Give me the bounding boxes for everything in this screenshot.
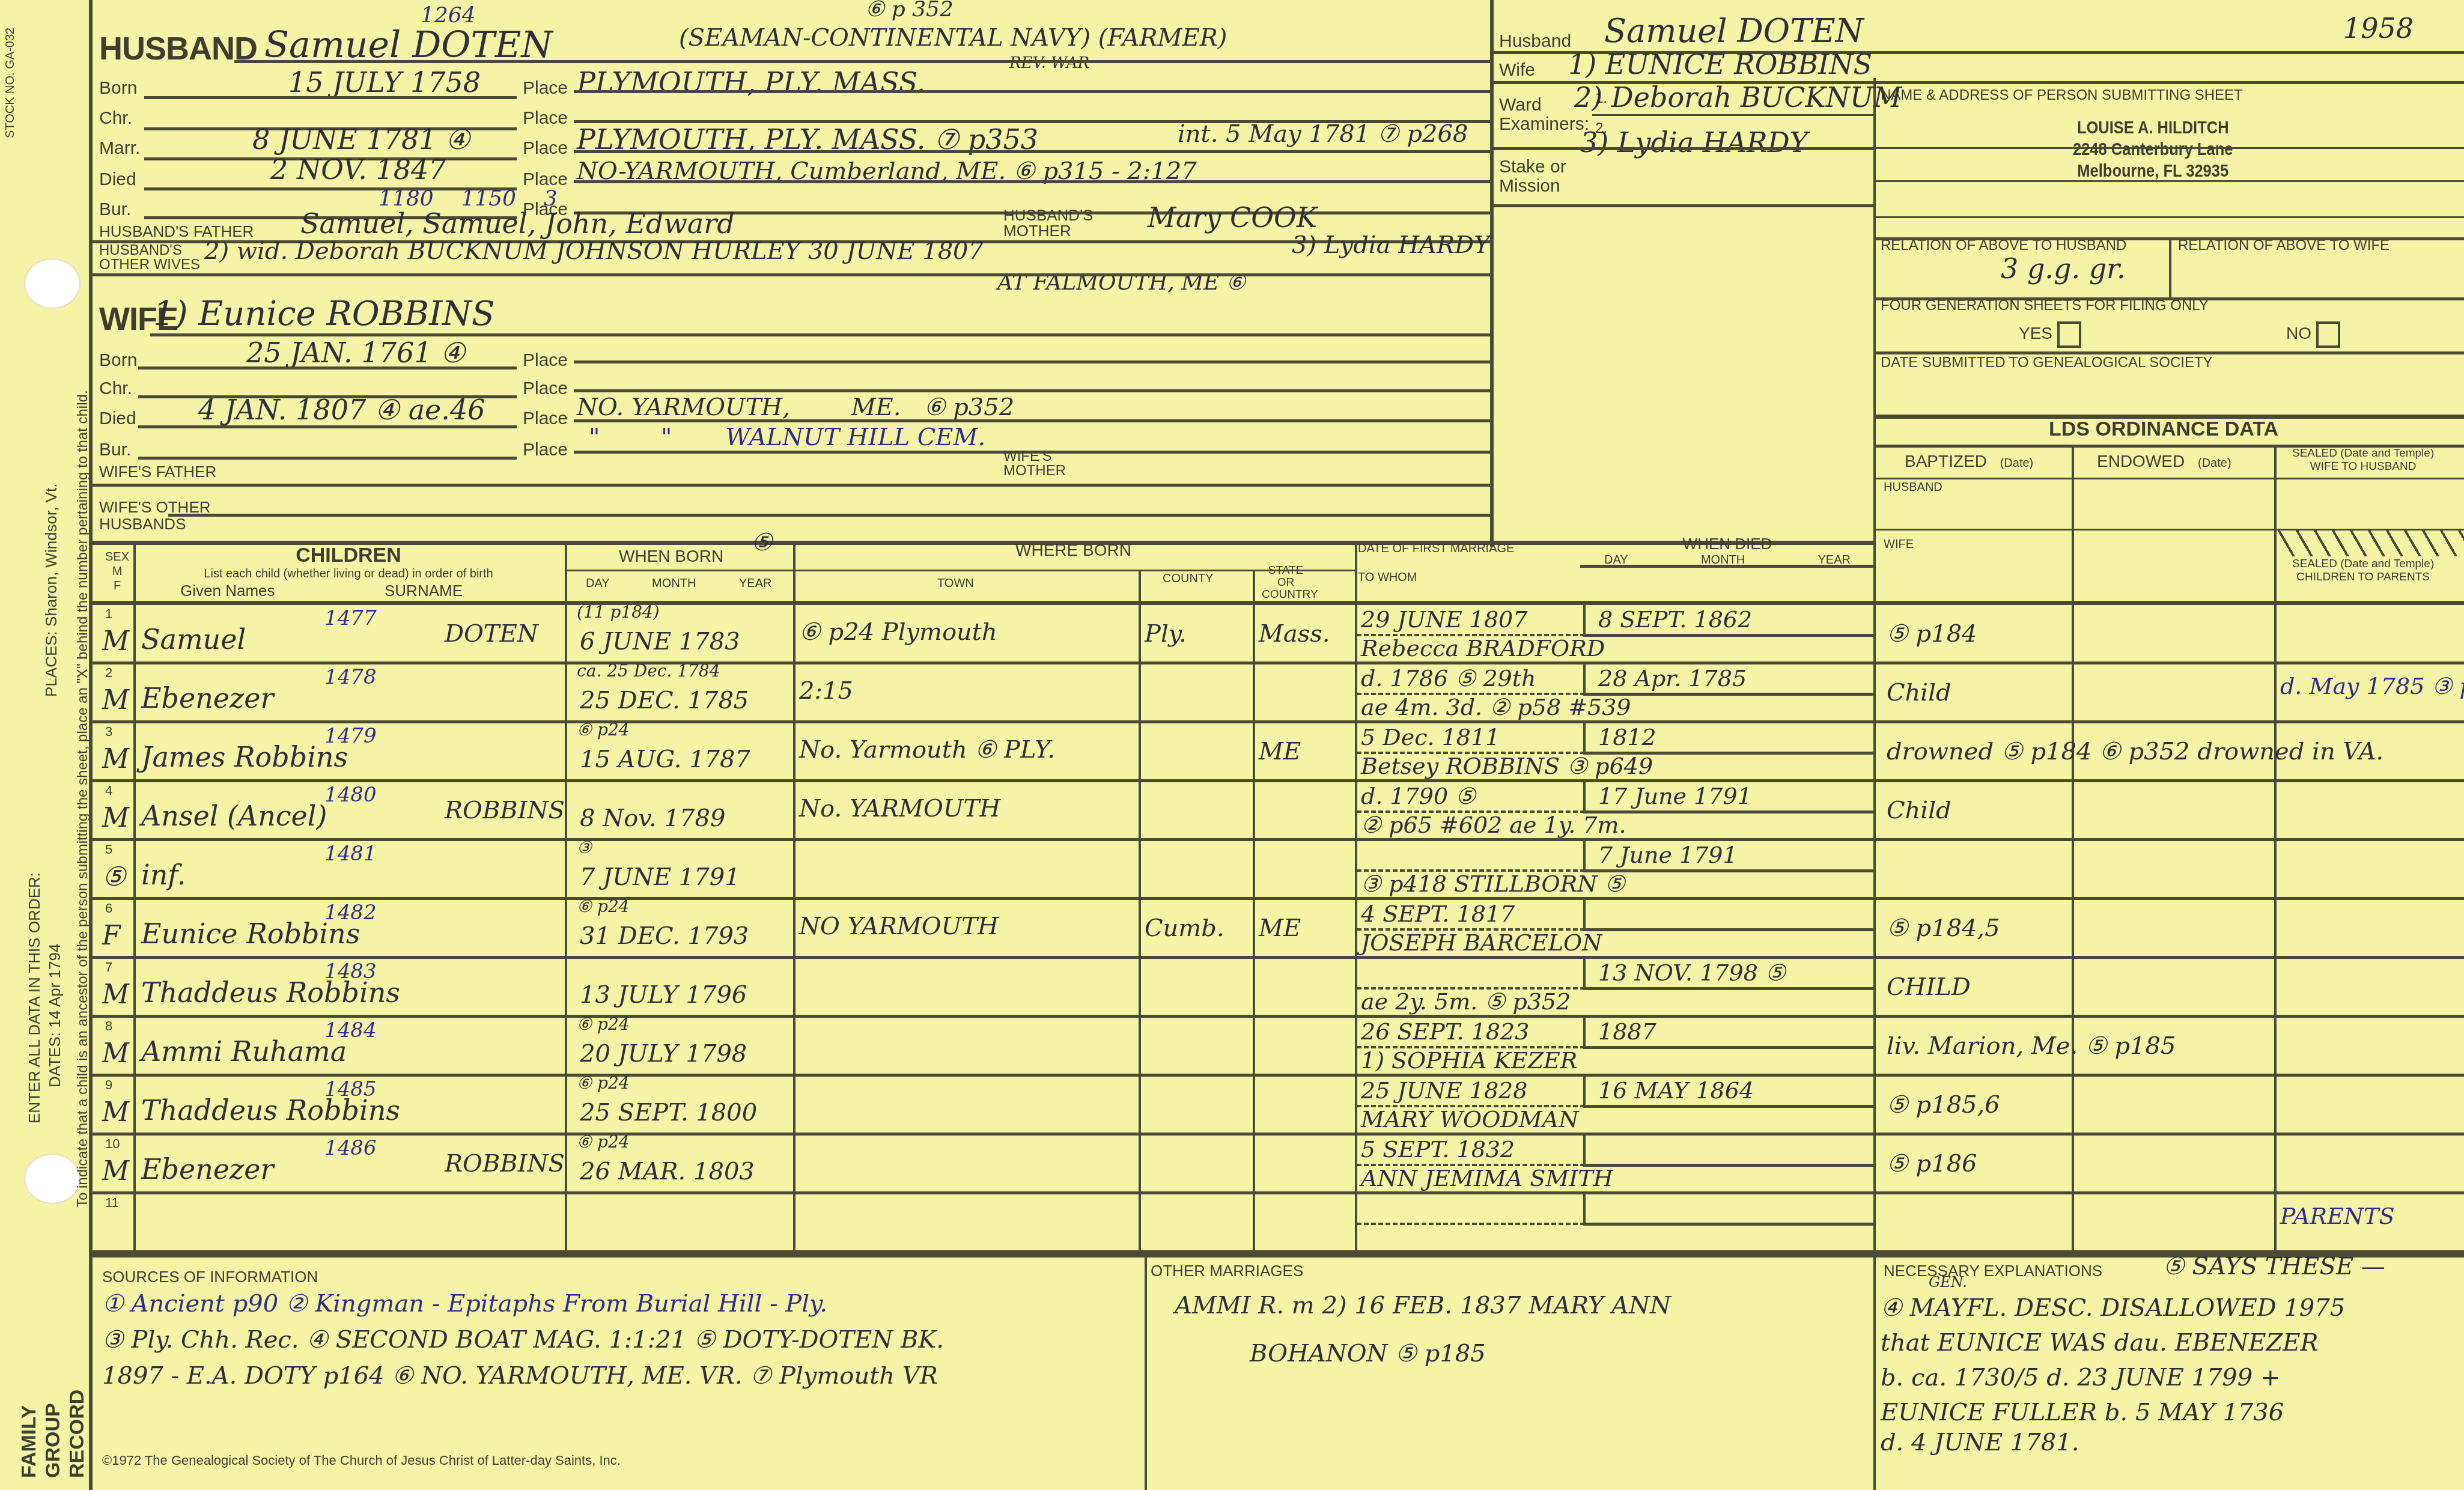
child-birth-town[interactable]: 2:15: [799, 677, 853, 705]
child-birth-county[interactable]: Ply.: [1145, 620, 1187, 648]
marriage-divider: [1357, 752, 1585, 754]
child-given-name[interactable]: Ebenezer: [141, 1153, 274, 1185]
child-born-note[interactable]: ⑥ p24: [577, 896, 630, 916]
sealed-wife-label-2: WIFE TO HUSBAND: [2292, 460, 2434, 473]
day-header: DAY: [586, 577, 610, 591]
died-divider: [1583, 752, 1875, 755]
explanation-line-3: that EUNICE WAS dau. EBENEZER: [1881, 1325, 2345, 1360]
source-line-3: 1897 - E.A. DOTY p164 ⑥ NO. YARMOUTH, ME…: [102, 1358, 944, 1394]
died-divider: [1583, 1164, 1875, 1167]
child-spouse[interactable]: MARY WOODMAN: [1361, 1106, 1578, 1133]
binder-hole-top: [24, 258, 81, 309]
husband-marr-label: Marr.: [99, 138, 140, 159]
died-divider: [1583, 1046, 1875, 1049]
wife-died-place[interactable]: NO. YARMOUTH, ME. ⑥ p352: [577, 394, 1014, 421]
child-birth-town[interactable]: ⑥ p24 Plymouth: [799, 618, 997, 646]
header-wife[interactable]: 1) EUNICE ROBBINS: [1568, 48, 1872, 81]
child-spouse[interactable]: Betsey ROBBINS ③ p649: [1361, 753, 1653, 779]
given-names-header: Given Names: [180, 582, 275, 600]
husband-born-date[interactable]: 15 JULY 1758: [288, 66, 481, 99]
wife-born-label: Born: [99, 350, 137, 371]
wife-bur-place[interactable]: " " WALNUT HILL CEM.: [589, 424, 985, 451]
row-divider: [90, 779, 2464, 782]
no-label: NO: [2286, 324, 2311, 342]
sealed-wife-label-1: SEALED (Date and Temple): [2292, 447, 2434, 460]
child-death-date[interactable]: 7 June 1791: [1598, 842, 1738, 868]
child-surname[interactable]: ROBBINS: [445, 1150, 565, 1178]
husband-father[interactable]: Samuel, Samuel, John, Edward: [300, 207, 735, 240]
sources-label: SOURCES OF INFORMATION: [102, 1268, 318, 1286]
header-husband[interactable]: Samuel DOTEN: [1604, 12, 1864, 50]
marriage-divider: [1357, 634, 1585, 636]
child-marriage-date[interactable]: 29 JUNE 1807: [1361, 606, 1527, 633]
explanations-list: GEN. ④ MAYFL. DESC. DISALLOWED 1975 that…: [1881, 1274, 2345, 1455]
child-surname[interactable]: DOTEN: [445, 620, 538, 648]
husband-marr-place-label: Place: [523, 138, 568, 159]
wife-born-date[interactable]: 25 JAN. 1761 ④: [246, 336, 465, 369]
wife-died-label: Died: [99, 409, 136, 429]
yes-label: YES: [2019, 324, 2052, 342]
child-sex[interactable]: M: [102, 685, 129, 716]
husband-other-wives-3[interactable]: 3) Lydia HARDY: [1292, 231, 1490, 259]
died-cell-border: [1583, 1135, 1586, 1165]
child-baptized[interactable]: drowned ⑤ p184 ⑥ p352 drowned in VA.: [1887, 738, 2383, 765]
instruction-places: PLACES: Sharon, Windsor, Vt.: [42, 484, 61, 698]
row-divider: [90, 1133, 2464, 1136]
child-born-date[interactable]: 15 AUG. 1787: [580, 746, 750, 773]
no-checkbox[interactable]: [2316, 321, 2340, 348]
sealed-hatch: [2277, 530, 2464, 556]
four-gen-yes[interactable]: YES: [2019, 321, 2081, 348]
child-born-date[interactable]: 26 MAR. 1803: [580, 1158, 755, 1185]
died-divider: [1583, 634, 1875, 637]
child-birth-state[interactable]: Mass.: [1259, 620, 1330, 648]
row-number: 9: [105, 1077, 112, 1093]
child-marriage-date[interactable]: 5 SEPT. 1832: [1361, 1136, 1515, 1163]
row-divider: [90, 956, 2464, 959]
sealed-children-label-2: CHILDREN TO PARENTS: [2292, 571, 2434, 584]
child-sex[interactable]: M: [102, 803, 129, 833]
child-death-date[interactable]: 1812: [1598, 724, 1656, 750]
child-born-date[interactable]: 25 SEPT. 1800: [580, 1099, 757, 1127]
endowed-label: ENDOWED: [2097, 452, 2185, 470]
marriage-divider: [1357, 1105, 1585, 1107]
four-gen-label: FOUR GENERATION SHEETS FOR FILING ONLY: [1881, 297, 2209, 314]
child-id-number[interactable]: 1479: [324, 724, 377, 748]
month-header: MONTH: [652, 577, 696, 591]
relation-husband-label: RELATION OF ABOVE TO HUSBAND: [1881, 237, 2126, 254]
town-header: TOWN: [937, 577, 974, 591]
child-marriage-date[interactable]: 4 SEPT. 1817: [1361, 901, 1515, 927]
child-id-number[interactable]: 1481: [324, 842, 377, 866]
child-spouse[interactable]: ae 4m. 3d. ② p58 #539: [1361, 694, 1631, 720]
child-marriage-date[interactable]: d. 1790 ⑤: [1361, 783, 1476, 809]
died-cell-border: [1583, 899, 1586, 929]
child-born-date[interactable]: 25 DEC. 1785: [580, 687, 749, 714]
when-born-header: WHEN BORN: [619, 547, 723, 566]
when-died-label: WHEN DIED: [1586, 535, 1869, 553]
lds-husband-label: HUSBAND: [1884, 481, 1942, 494]
baptized-header: BAPTIZED (Date): [1905, 452, 2033, 471]
other-marriage-line-1: AMMI R. m 2) 16 FEB. 1837 MARY ANN: [1175, 1292, 1671, 1319]
baptized-label: BAPTIZED: [1905, 452, 1987, 470]
right-panel-border: [1873, 78, 1876, 1490]
child-surname[interactable]: ROBBINS: [445, 797, 565, 824]
relation-wife-label: RELATION OF ABOVE TO WIFE: [2178, 237, 2389, 254]
husband-born-place-label: Place: [523, 78, 568, 99]
child-id-number[interactable]: 1485: [324, 1077, 377, 1101]
explanation-line-4: b. ca. 1730/5 d. 23 JUNE 1799 +: [1881, 1360, 2345, 1395]
sealed-children-header: SEALED (Date and Temple) CHILDREN TO PAR…: [2292, 558, 2434, 584]
husband-mother[interactable]: Mary COOK: [1148, 201, 1317, 234]
child-birth-county[interactable]: Cumb.: [1145, 914, 1224, 942]
died-divider: [1583, 693, 1875, 696]
child-death-date[interactable]: 28 Apr. 1785: [1598, 665, 1747, 692]
husband-occupation-ref: ⑥ p 352: [865, 0, 954, 22]
form-title-line-1: FAMILY: [18, 1405, 40, 1478]
wife-bur-place-label: Place: [523, 440, 568, 460]
marriage-divider: [1357, 869, 1585, 872]
stake-label: Stake or Mission: [1499, 157, 1566, 196]
children-title: CHILDREN: [138, 544, 559, 567]
row-number: 2: [105, 665, 112, 681]
child-sex[interactable]: M: [102, 626, 129, 657]
child-given-name[interactable]: Ebenezer: [141, 682, 274, 714]
date-submitted-label: DATE SUBMITTED TO GENEALOGICAL SOCIETY: [1881, 354, 2213, 371]
child-baptized[interactable]: CHILD: [1887, 973, 1971, 1001]
child-born-note[interactable]: ⑥ p24: [577, 1132, 630, 1152]
submitter-city: Melbourne, FL 32935: [2073, 160, 2233, 182]
marriage-divider: [1357, 1046, 1585, 1048]
child-given-name[interactable]: Samuel: [141, 623, 246, 655]
child-given-name[interactable]: inf.: [141, 859, 186, 891]
child-marriage-date[interactable]: d. 1786 ⑤ 29th: [1361, 665, 1536, 692]
explanation-line-6: d. 4 JUNE 1781.: [1881, 1430, 2345, 1455]
child-spouse[interactable]: 1) SOPHIA KEZER: [1361, 1047, 1577, 1074]
child-death-date[interactable]: 17 June 1791: [1598, 783, 1752, 809]
child-sex[interactable]: M: [102, 979, 129, 1010]
marriage-divider: [1357, 1164, 1585, 1166]
husband-marr-date[interactable]: 8 JUNE 1781 ④: [252, 123, 470, 156]
husband-id-number: 1264: [421, 3, 476, 28]
child-born-date[interactable]: 7 JUNE 1791: [580, 863, 740, 891]
binder-hole-bottom: [24, 1154, 81, 1204]
marriage-divider: [1357, 810, 1585, 813]
child-given-name[interactable]: Ammi Ruhama: [141, 1035, 347, 1068]
header-husband-label: Husband: [1499, 31, 1571, 52]
child-sex[interactable]: ⑤: [102, 862, 126, 892]
died-cell-border: [1583, 664, 1586, 694]
child-id-number[interactable]: 1480: [324, 783, 377, 807]
sources-list: ① Ancient p90 ② Kingman - Epitaphs From …: [102, 1286, 944, 1394]
died-divider: [1583, 1223, 1875, 1226]
husband-other-wives-label: HUSBAND'S OTHER WIVES: [99, 243, 207, 272]
child-sex[interactable]: M: [102, 1038, 129, 1069]
header-wife-label: Wife: [1499, 60, 1535, 81]
wife-died-place-label: Place: [523, 409, 568, 429]
child-id-number[interactable]: 1484: [324, 1018, 377, 1042]
sealed-children-label-1: SEALED (Date and Temple): [2292, 558, 2434, 571]
child-birth-state[interactable]: ME: [1259, 738, 1301, 765]
row-number: 5: [105, 842, 112, 857]
child-baptized[interactable]: ⑤ p186: [1887, 1150, 1977, 1178]
instruction-dates: DATES: 14 Apr 1794: [46, 944, 64, 1087]
row-number: 1: [105, 606, 112, 622]
wife-other-husbands-label-2: HUSBANDS: [99, 515, 211, 532]
stock-number: STOCK NO. GA-032: [4, 28, 17, 138]
explanation-line-1: GEN.: [1929, 1274, 2345, 1291]
sex-f-label: F: [102, 579, 132, 593]
died-divider: [1583, 869, 1875, 872]
to-whom-header: TO WHOM: [1358, 571, 1417, 585]
instruction-enter-order: ENTER ALL DATA IN THIS ORDER:: [25, 872, 44, 1124]
when-died-header: WHEN DIED DAY MONTH YEAR: [1586, 535, 1869, 567]
died-divider: [1583, 810, 1875, 813]
husband-mother-label: HUSBAND'S MOTHER: [1003, 207, 1112, 239]
child-spouse[interactable]: ANN JEMIMA SMITH: [1361, 1165, 1613, 1191]
wife-other-husbands-label-1: WIFE'S OTHER: [99, 499, 211, 515]
child-born-note[interactable]: ③: [577, 838, 592, 857]
row-number: 4: [105, 783, 112, 798]
copyright: ©1972 The Genealogical Society of The Ch…: [102, 1453, 621, 1468]
row-number: 10: [105, 1136, 120, 1152]
died-cell-border: [1583, 605, 1586, 635]
row-number: 8: [105, 1018, 112, 1034]
child-id-number[interactable]: 1482: [324, 901, 377, 925]
child-born-note[interactable]: ⑥ p24: [577, 1014, 630, 1034]
row-divider: [90, 1191, 2464, 1194]
child-death-date[interactable]: 8 SEPT. 1862: [1598, 606, 1752, 633]
sheet-number: 1958: [2343, 12, 2414, 44]
child-sex[interactable]: M: [102, 1156, 129, 1187]
died-divider: [1583, 1105, 1875, 1108]
child-death-date[interactable]: 1887: [1598, 1018, 1656, 1045]
child-id-number[interactable]: 1483: [324, 959, 377, 984]
child-id-number[interactable]: 1486: [324, 1136, 377, 1160]
child-born-date[interactable]: 6 JUNE 1783: [580, 628, 740, 655]
child-marriage-date[interactable]: 26 SEPT. 1823: [1361, 1018, 1529, 1045]
child-marriage-date[interactable]: 25 JUNE 1828: [1361, 1077, 1527, 1104]
died-cell-border: [1583, 1194, 1586, 1224]
child-baptized[interactable]: Child: [1887, 797, 1951, 824]
marriage-divider: [1357, 693, 1585, 695]
child-birth-town[interactable]: NO YARMOUTH: [799, 913, 999, 940]
submitter-label: NAME & ADDRESS OF PERSON SUBMITTING SHEE…: [1881, 87, 2243, 104]
endowed-header: ENDOWED (Date): [2097, 452, 2231, 471]
wife-died-date[interactable]: 4 JAN. 1807 ④ ae.46: [198, 394, 485, 426]
husband-other-wives[interactable]: 2) wid. Deborah BUCKNUM JOHNSON HURLEY 3…: [204, 237, 984, 265]
wife-chr-label: Chr.: [99, 379, 132, 399]
marriage-divider: [1357, 1223, 1585, 1225]
husband-chr-place-label: Place: [523, 108, 568, 129]
sex-label: SEX: [102, 550, 132, 564]
stake-label-1: Stake or: [1499, 157, 1566, 177]
husband-died-label: Died: [99, 169, 136, 190]
child-sex[interactable]: M: [102, 744, 129, 774]
child-birth-town[interactable]: No. Yarmouth ⑥ PLY.: [799, 736, 1055, 764]
child-birth-town[interactable]: No. YARMOUTH: [799, 795, 1000, 823]
child-born-note[interactable]: ⑥ p24: [577, 1073, 630, 1093]
row-number: 11: [105, 1195, 119, 1211]
row-divider: [90, 720, 2464, 723]
husband-born-label: Born: [99, 78, 137, 99]
header-wife-3[interactable]: 3) Lydia HARDY: [1580, 126, 1808, 159]
child-born-note[interactable]: ca. 25 Dec. 1784: [577, 661, 720, 681]
row-number: 7: [105, 959, 112, 975]
child-sex[interactable]: F: [102, 920, 121, 951]
other-marriages-label: OTHER MARRIAGES: [1151, 1262, 1303, 1280]
child-id-number[interactable]: 1478: [324, 665, 377, 689]
submitter-street: 2248 Canterbury Lane: [2073, 139, 2233, 160]
child-id-number[interactable]: 1477: [324, 606, 377, 630]
marriage-divider: [1357, 928, 1585, 931]
form-title-line-2: GROUP: [42, 1403, 64, 1478]
died-divider: [1583, 987, 1875, 990]
row-divider: [90, 897, 2464, 900]
died-cell-border: [1583, 958, 1586, 988]
child-death-date[interactable]: 16 MAY 1864: [1598, 1077, 1754, 1104]
husband-bur-label: Bur.: [99, 199, 131, 220]
examiners-label: Examiners:: [1499, 114, 1589, 135]
source-line-2: ③ Ply. Chh. Rec. ④ SECOND BOAT MAG. 1:1:…: [102, 1322, 944, 1358]
baptized-date-label: (Date): [2000, 457, 2034, 470]
child-sex[interactable]: M: [102, 1097, 129, 1128]
child-marriage-date[interactable]: 5 Dec. 1811: [1361, 724, 1500, 750]
child-birth-state[interactable]: ME: [1259, 914, 1301, 942]
header-wife-2[interactable]: 2) Deborah BUCKNUM: [1574, 81, 1902, 114]
sex-m-label: M: [102, 564, 132, 579]
child-spouse[interactable]: ② p65 #602 ae 1y. 7m.: [1361, 812, 1626, 838]
submitter-name: LOUISE A. HILDITCH: [2073, 117, 2233, 139]
left-border: [89, 0, 93, 1490]
row-divider: [90, 1074, 2464, 1077]
child-born-note[interactable]: ⑥ p24: [577, 720, 630, 740]
first-marriage-header: DATE OF FIRST MARRIAGE: [1358, 542, 1514, 556]
husband-section-label: HUSBAND: [99, 30, 257, 67]
row-divider: [90, 838, 2464, 841]
child-born-note[interactable]: (11 p184): [577, 602, 660, 622]
child-death-date[interactable]: 13 NOV. 1798 ⑤: [1598, 959, 1786, 986]
child-baptized[interactable]: liv. Marion, Me. ⑤ p185: [1887, 1032, 2176, 1060]
child-born-date[interactable]: 20 JULY 1798: [580, 1040, 747, 1068]
row-number: 3: [105, 724, 112, 740]
row-number: 6: [105, 901, 112, 916]
child-born-date[interactable]: 13 JULY 1796: [580, 981, 747, 1009]
child-spouse[interactable]: ae 2y. 5m. ⑤ p352: [1361, 988, 1571, 1015]
row-divider: [90, 1015, 2464, 1018]
wife-bur-label: Bur.: [99, 440, 131, 460]
wife-father-label: WIFE'S FATHER: [99, 463, 216, 481]
sex-header: SEX M F: [102, 550, 132, 593]
yes-checkbox[interactable]: [2057, 321, 2081, 348]
source-line-1: ① Ancient p90 ② Kingman - Epitaphs From …: [102, 1286, 944, 1322]
year-header: YEAR: [739, 577, 771, 591]
endowed-date-label: (Date): [2198, 457, 2231, 470]
lds-wife-label: WIFE: [1884, 538, 1914, 552]
lds-title: LDS ORDINANCE DATA: [2049, 418, 2278, 441]
submitter-stamp: LOUISE A. HILDITCH 2248 Canterbury Lane …: [2073, 117, 2233, 182]
ward-label: Ward: [1499, 95, 1542, 115]
relation-husband[interactable]: 3 g.g. gr.: [2001, 252, 2126, 285]
county-header: COUNTY: [1163, 572, 1213, 586]
child-given-name[interactable]: Ansel (Ancel): [141, 800, 327, 832]
died-cell-border: [1583, 723, 1586, 753]
when-born-ref: ⑤: [751, 529, 773, 556]
child-spouse[interactable]: Rebecca BRADFORD: [1361, 635, 1605, 661]
form-title-line-3: RECORD: [66, 1390, 88, 1478]
four-gen-no[interactable]: NO: [2286, 321, 2340, 348]
husband-chr-label: Chr.: [99, 108, 132, 129]
died-cell-border: [1583, 841, 1586, 871]
children-header: CHILDREN List each child (whether living…: [138, 544, 559, 581]
died-cell-border: [1583, 1076, 1586, 1106]
child-baptized[interactable]: ⑤ p184: [1887, 620, 1977, 648]
child-spouse[interactable]: JOSEPH BARCELON: [1361, 929, 1602, 956]
row-divider: [90, 661, 2464, 664]
husband-died-date[interactable]: 2 NOV. 1847: [270, 153, 446, 186]
child-sealed[interactable]: PARENTS: [2280, 1203, 2395, 1229]
where-born-header: WHERE BORN: [1015, 541, 1131, 560]
child-given-name[interactable]: James Robbins: [141, 741, 348, 773]
children-instruction: List each child (whether living or dead)…: [138, 567, 559, 581]
child-baptized[interactable]: Child: [1887, 679, 1951, 707]
child-born-date[interactable]: 31 DEC. 1793: [580, 922, 749, 950]
husband-born-place[interactable]: PLYMOUTH, PLY. MASS.: [577, 66, 925, 99]
child-spouse[interactable]: ③ p418 STILLBORN ⑤: [1361, 871, 1625, 897]
died-cell-border: [1583, 782, 1586, 812]
wife-born-place-label: Place: [523, 350, 568, 371]
husband-rev-war-note: REV. WAR: [1009, 54, 1089, 72]
died-divider: [1583, 928, 1875, 931]
child-sealed[interactable]: d. May 1785 ③ p474: [2280, 673, 2464, 699]
wife-name[interactable]: 1) Eunice ROBBINS: [153, 294, 494, 333]
husband-marr-intention: int. 5 May 1781 ⑦ p268: [1178, 120, 1468, 148]
sealed-wife-header: SEALED (Date and Temple) WIFE TO HUSBAND: [2292, 447, 2434, 473]
husband-occupation: (SEAMAN-CONTINENTAL NAVY) (FARMER): [679, 24, 1227, 52]
died-cell-border: [1583, 1017, 1586, 1047]
surname-header: SURNAME: [385, 582, 463, 600]
explanation-line-2: ④ MAYFL. DESC. DISALLOWED 1975: [1881, 1291, 2345, 1325]
child-baptized[interactable]: ⑤ p184,5: [1887, 914, 2000, 942]
other-marriage-line-2: BOHANON ⑤ p185: [1250, 1340, 1486, 1367]
marriage-divider: [1357, 987, 1585, 990]
wife-chr-place-label: Place: [523, 379, 568, 399]
child-baptized[interactable]: ⑤ p185,6: [1887, 1091, 2000, 1119]
child-born-date[interactable]: 8 Nov. 1789: [580, 804, 725, 832]
stake-label-2: Mission: [1499, 177, 1566, 196]
wife-mother-label: WIFE'S MOTHER: [1003, 449, 1075, 478]
explanation-line-5: EUNICE FULLER b. 5 MAY 1736: [1881, 1395, 2345, 1430]
